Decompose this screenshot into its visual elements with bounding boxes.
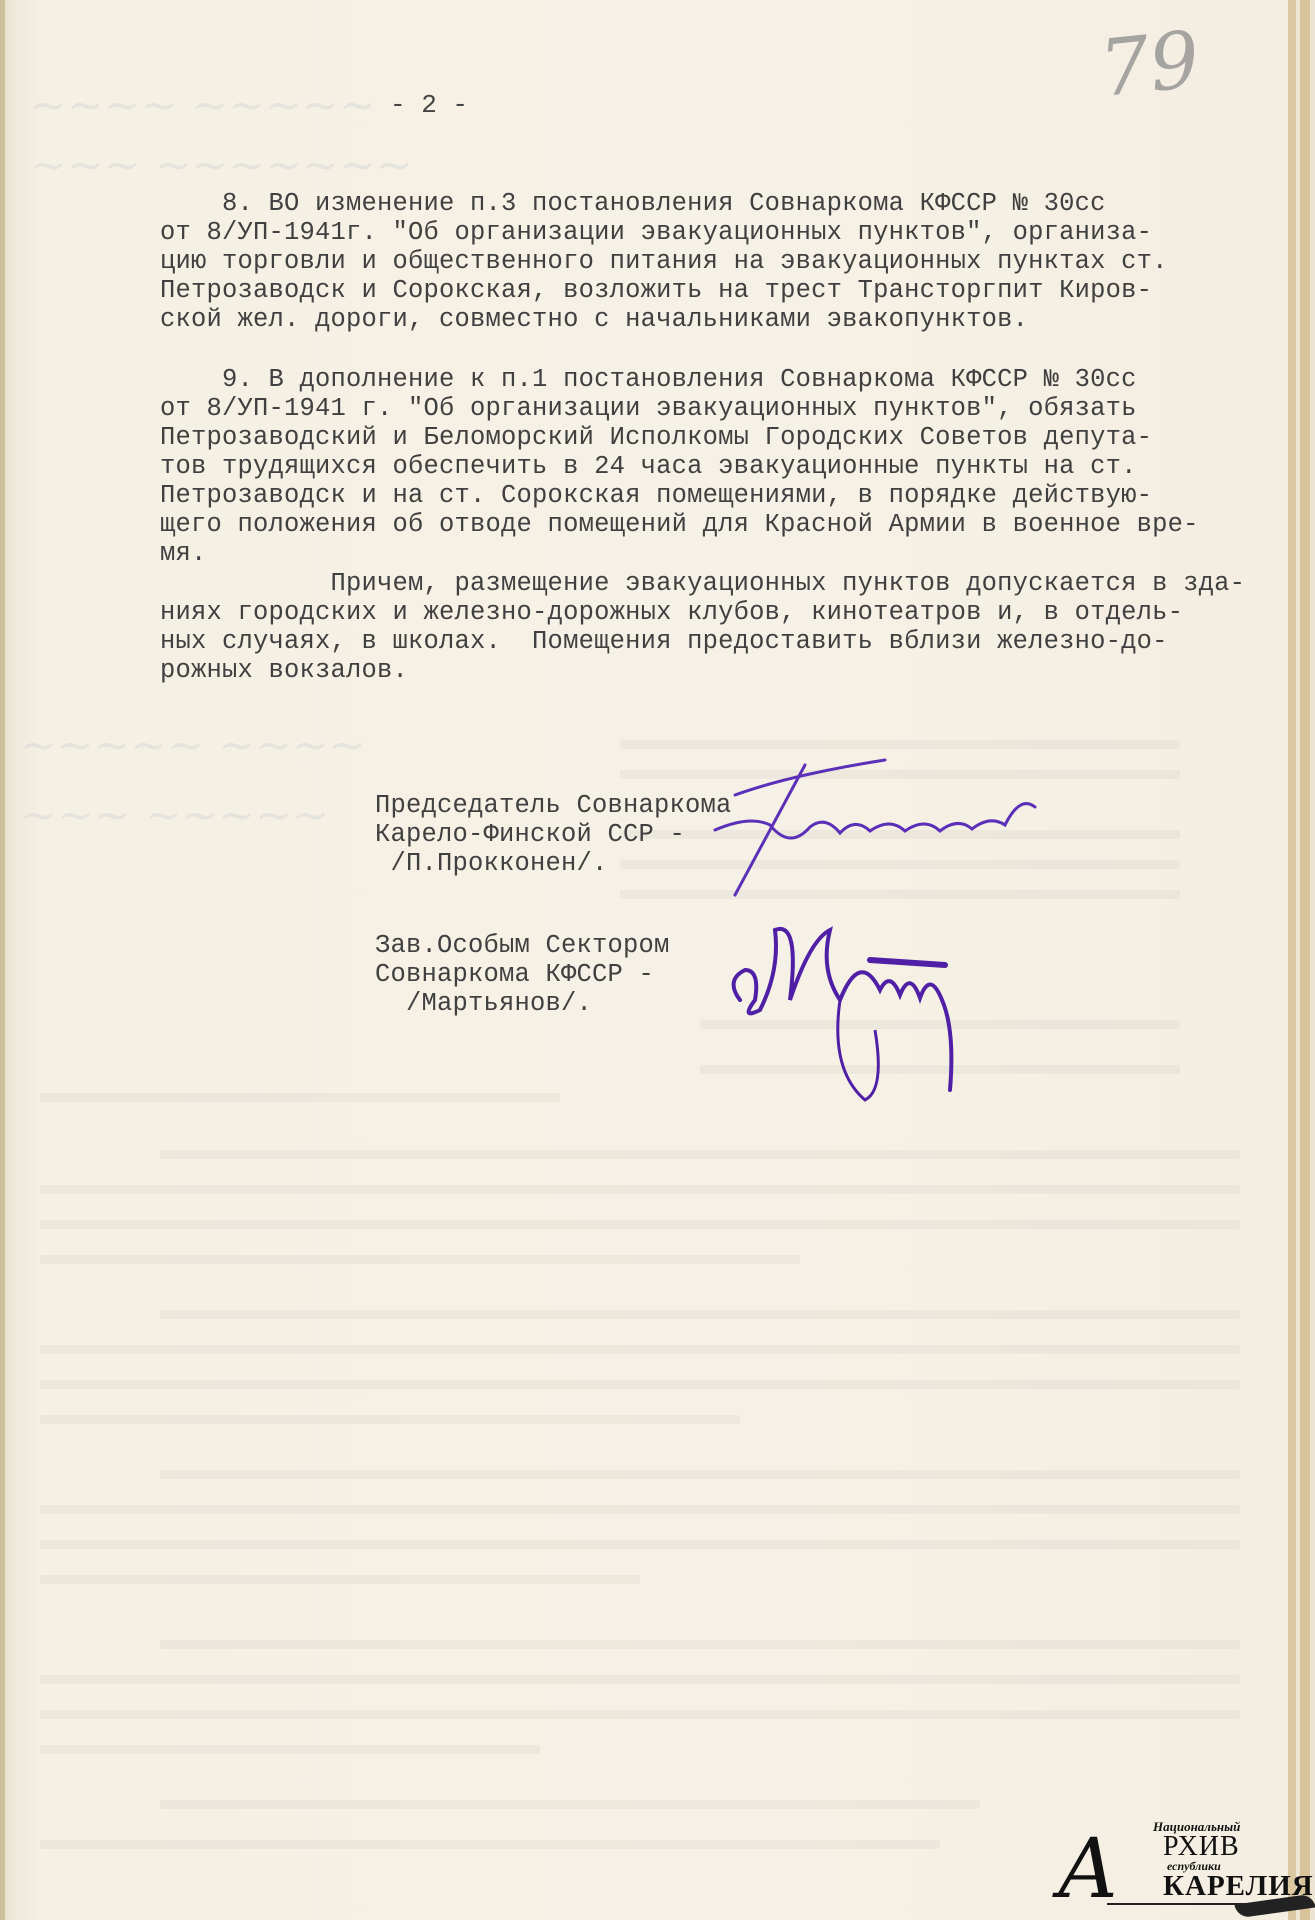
signatory-title: Совнаркома КФССР - xyxy=(375,961,654,990)
folio-number: 79 xyxy=(1096,15,1204,115)
text-line: Петрозаводск и Сорокская, возложить на т… xyxy=(160,277,1152,306)
text-line: от 8/УП-1941 г. "Об организации эвакуаци… xyxy=(160,395,1137,424)
text-line: тов трудящихся обеспечить в 24 часа эвак… xyxy=(160,453,1137,482)
bleed-through-handwriting: ~~~~~ ~~~~ xyxy=(20,720,366,771)
text-line: Петрозаводск и на ст. Сорокская помещени… xyxy=(160,482,1152,511)
bleed-through-handwriting: ~~~~ ~~~~~ xyxy=(30,80,376,131)
text-line: 8. ВО изменение п.3 постановления Совнар… xyxy=(160,190,1106,219)
handwritten-signature-icon xyxy=(640,755,1120,915)
text-line: рожных вокзалов. xyxy=(160,657,408,686)
logo-monogram: А xyxy=(1057,1829,1119,1911)
text-line: Петрозаводский и Беломорский Исполкомы Г… xyxy=(160,424,1152,453)
archive-logo: А Национальный РХИВ еспублики КАРЕЛИЯ xyxy=(1045,1815,1315,1920)
page-edge-strip xyxy=(1288,0,1296,1920)
text-line: 9. В дополнение к п.1 постановления Совн… xyxy=(160,366,1137,395)
bleed-through-handwriting: ~~~ ~~~~~ xyxy=(20,790,329,841)
text-line: щего положения об отводе помещений для К… xyxy=(160,511,1199,540)
page-edge-strip-2 xyxy=(1300,0,1310,1920)
signatory-title: Зав.Особым Сектором xyxy=(375,932,670,961)
page-number: - 2 - xyxy=(390,90,468,120)
signatory-title: Карело-Финской ССР - xyxy=(375,821,685,850)
text-line: Причем, размещение эвакуационных пунктов… xyxy=(160,570,1245,599)
text-line: мя. xyxy=(160,540,207,569)
text-line: ниях городских и железно-дорожных клубов… xyxy=(160,599,1183,628)
text-line: ской жел. дороги, совместно с начальника… xyxy=(160,306,1028,335)
signatory-name: /Мартьянов/. xyxy=(375,990,592,1019)
text-line: от 8/УП-1941г. "Об организации эвакуацио… xyxy=(160,219,1152,248)
bleed-through-handwriting: ~~~ ~~~~~~~ xyxy=(30,140,413,191)
page-left-edge xyxy=(0,0,5,1920)
text-line: цию торговли и общественного питания на … xyxy=(160,248,1168,277)
handwritten-signature-icon xyxy=(720,910,980,1120)
signatory-name: /П.Прокконен/. xyxy=(375,850,608,879)
page-edge-outer xyxy=(1310,0,1315,1920)
text-line: ных случаях, в школах. Помещения предост… xyxy=(160,628,1168,657)
